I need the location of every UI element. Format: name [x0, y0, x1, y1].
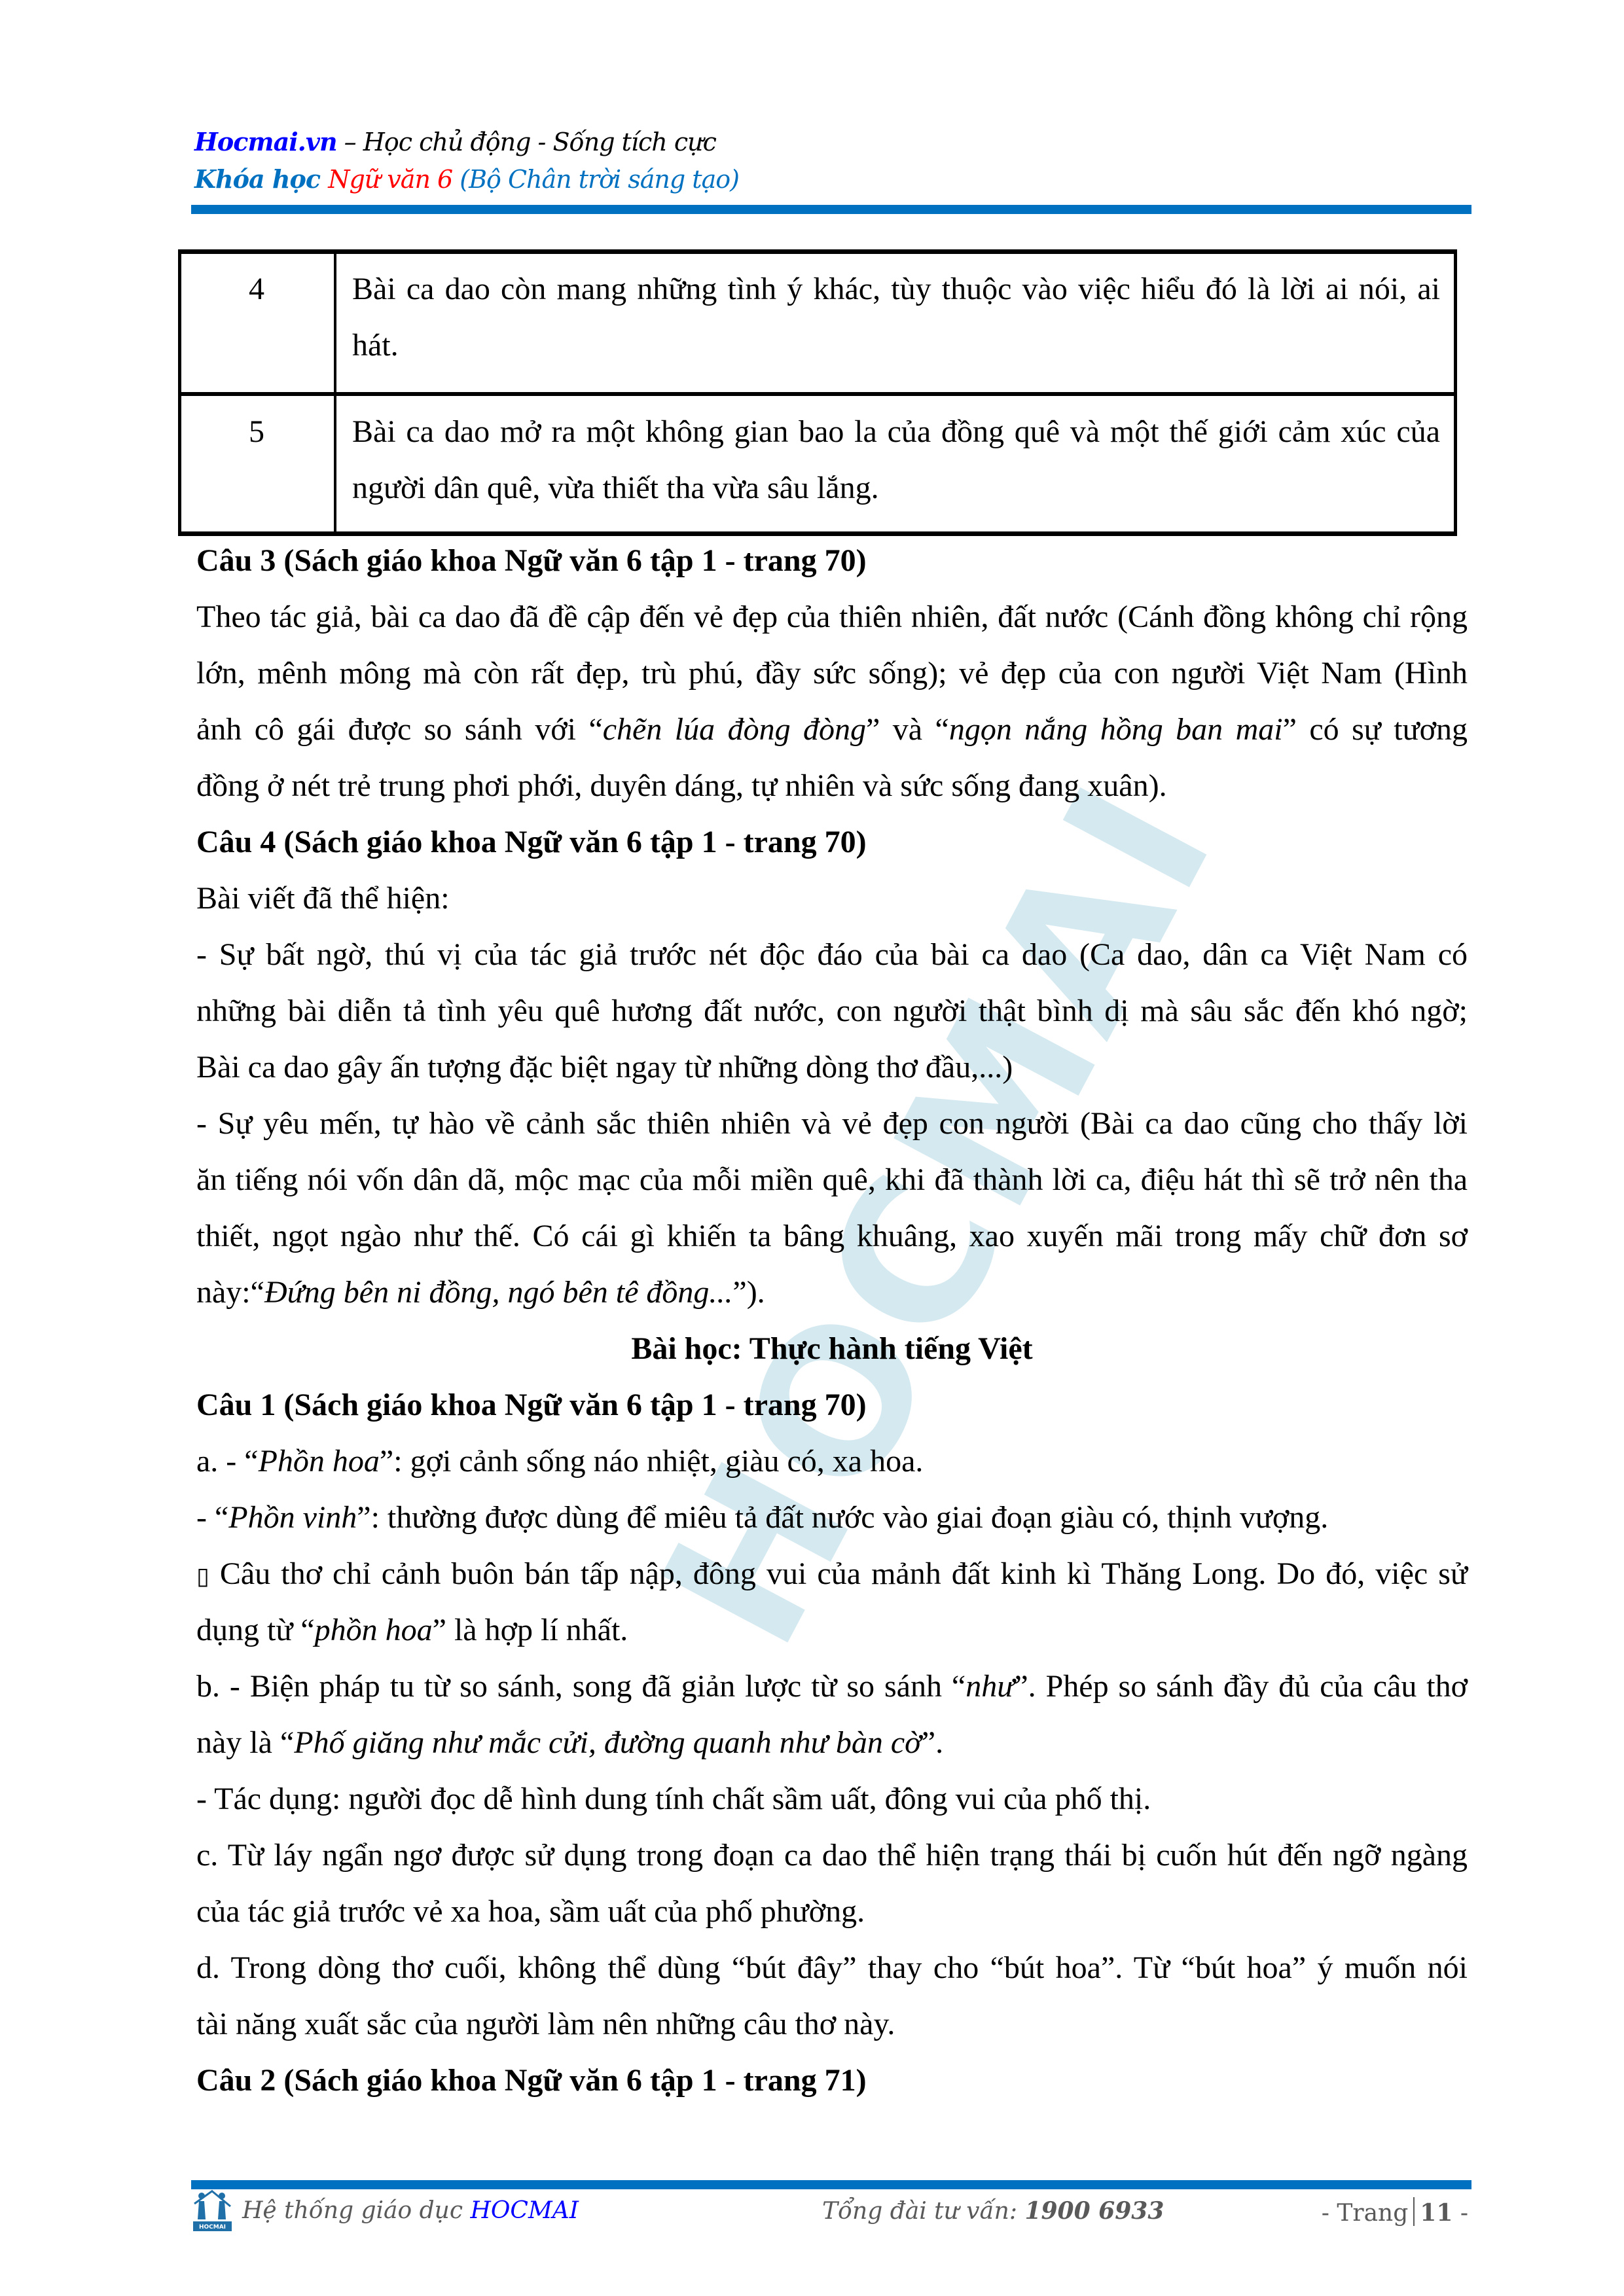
header-line-2: Khóa học Ngữ văn 6 (Bộ Chân trời sáng tạ… [194, 167, 739, 192]
arrow-symbol-icon: ▯ [196, 1563, 209, 1590]
brand-link[interactable]: Hocmai.vn [194, 127, 337, 156]
question-2-heading: Câu 2 (Sách giáo khoa Ngữ văn 6 tập 1 - … [196, 2065, 1468, 2096]
quote-italic: chẽn lúa đòng đòng [603, 712, 866, 747]
text: - “ [196, 1500, 228, 1535]
quote-italic: phồn hoa [315, 1613, 433, 1647]
text: ”). [732, 1275, 765, 1310]
paragraph-line: d. Trong dòng thơ cuối, không thể dùng “… [196, 1952, 1468, 1984]
text: ”: thường được dùng để miêu tả đất nước … [357, 1500, 1328, 1535]
footer-brand-link[interactable]: HOCMAI [470, 2197, 579, 2224]
row-text-line: người dân quê, vừa thiết tha vừa sâu lắn… [352, 473, 879, 504]
paragraph-line: Bài viết đã thể hiện: [196, 883, 1468, 914]
quote-italic: Phố giăng như mắc cửi, đường quanh như b… [294, 1725, 922, 1760]
paragraph-line: a. - “Phồn hoa”: gợi cảnh sống náo nhiệt… [196, 1446, 1468, 1477]
text: ”: gợi cảnh sống náo nhiệt, giàu có, xa … [380, 1444, 923, 1479]
row-number: 4 [178, 274, 335, 305]
page-separator [1413, 2197, 1415, 2226]
hotline-label: Tổng đài tư vấn: [822, 2198, 1024, 2225]
paragraph-line: những bài diễn tả tình yêu quê hương đất… [196, 996, 1468, 1027]
paragraph-line: này:“Đứng bên ni đồng, ngó bên tê đồng..… [196, 1277, 1468, 1308]
table-border-bottom [178, 531, 1457, 536]
text: này là “ [196, 1725, 294, 1760]
text: ”. Phép so sánh đầy đủ của câu thơ [1014, 1669, 1468, 1704]
hocmai-logo-icon: HOCMAI [193, 2189, 232, 2231]
page-number: - Trang11 - [1322, 2197, 1468, 2226]
quote-italic: Phồn vinh [228, 1500, 357, 1535]
lesson-title: Bài học: Thực hành tiếng Việt [196, 1333, 1468, 1365]
paragraph-line: - Sự yêu mến, tự hào về cảnh sắc thiên n… [196, 1108, 1468, 1139]
header-line-1: Hocmai.vn – Học chủ động - Sống tích cực [194, 130, 716, 154]
paragraph-line: lớn, mênh mông mà còn rất đẹp, trù phú, … [196, 658, 1468, 689]
footer-system: Hệ thống giáo dục HOCMAI [242, 2199, 579, 2223]
paragraph-line: c. Từ láy ngẩn ngơ được sử dụng trong đo… [196, 1840, 1468, 1871]
paragraph-line: ăn tiếng nói vốn dân dã, mộc mạc của mỗi… [196, 1164, 1468, 1196]
row-number: 5 [178, 416, 335, 448]
text: dụng từ “ [196, 1613, 315, 1647]
text: ảnh cô gái được so sánh với “ [196, 712, 603, 747]
text: b. - Biện pháp tu từ so sánh, song đã gi… [196, 1669, 965, 1704]
paragraph-line: - Tác dụng: người đọc dễ hình dung tính … [196, 1784, 1468, 1815]
text: ” là hợp lí nhất. [433, 1613, 628, 1647]
text: ” có sự tương [1283, 712, 1468, 747]
quote-italic: Đứng bên ni đồng, ngó bên tê đồng... [264, 1275, 732, 1310]
paragraph-line: tài năng xuất sắc của người làm nên nhữn… [196, 2009, 1468, 2040]
page-number-value: 11 [1420, 2199, 1453, 2227]
paragraph-line: ảnh cô gái được so sánh với “chẽn lúa đò… [196, 714, 1468, 745]
text: ” và “ [866, 712, 949, 747]
svg-text:HOCMAI: HOCMAI [199, 2224, 226, 2231]
quote-italic: Phồn hoa [259, 1444, 380, 1479]
paragraph-line: Bài ca dao gây ấn tượng đặc biệt ngay từ… [196, 1052, 1468, 1083]
text: Câu thơ chỉ cảnh buôn bán tấp nập, đông … [209, 1556, 1468, 1591]
header-divider [191, 205, 1471, 214]
course-subject: Ngữ văn 6 [328, 165, 452, 194]
course-label: Khóa học [194, 164, 328, 194]
hotline-number[interactable]: 1900 6933 [1024, 2197, 1164, 2225]
paragraph-line: đồng ở nét trẻ trung phơi phới, duyên dá… [196, 770, 1468, 802]
question-4-heading: Câu 4 (Sách giáo khoa Ngữ văn 6 tập 1 - … [196, 827, 1468, 858]
text: a. - “ [196, 1444, 259, 1479]
table-row-divider [178, 392, 1457, 396]
text: này:“ [196, 1275, 264, 1310]
question-1-heading: Câu 1 (Sách giáo khoa Ngữ văn 6 tập 1 - … [196, 1390, 1468, 1421]
footer-divider [191, 2180, 1471, 2189]
text: ”. [922, 1725, 943, 1760]
quote-italic: như [965, 1669, 1014, 1704]
paragraph-line: này là “Phố giăng như mắc cửi, đường qua… [196, 1727, 1468, 1759]
paragraph-line: của tác giả trước vẻ xa hoa, sầm uất của… [196, 1896, 1468, 1928]
footer-system-label: Hệ thống giáo dục [242, 2197, 470, 2224]
paragraph-line: - Sự bất ngờ, thú vị của tác giả trước n… [196, 939, 1468, 971]
row-text-line: hát. [352, 330, 399, 361]
paragraph-line: b. - Biện pháp tu từ so sánh, song đã gi… [196, 1671, 1468, 1702]
course-series: (Bộ Chân trời sáng tạo) [452, 165, 739, 194]
table-border-right [1454, 249, 1457, 536]
page-prefix: - Trang [1322, 2200, 1409, 2227]
slogan: – Học chủ động - Sống tích cực [337, 128, 716, 156]
answer-table: 4 Bài ca dao còn mang những tình ý khác,… [178, 249, 1457, 535]
paragraph-line: Theo tác giả, bài ca dao đã đề cập đến v… [196, 601, 1468, 633]
row-text-line: Bài ca dao mở ra một không gian bao la c… [352, 416, 1440, 448]
question-3-heading: Câu 3 (Sách giáo khoa Ngữ văn 6 tập 1 - … [196, 545, 1468, 577]
paragraph-line: dụng từ “phồn hoa” là hợp lí nhất. [196, 1615, 1468, 1646]
page-suffix: - [1453, 2200, 1468, 2227]
table-border-top [178, 249, 1457, 254]
paragraph-line: ▯ Câu thơ chỉ cảnh buôn bán tấp nập, đôn… [196, 1558, 1468, 1590]
paragraph-line: thiết, ngọt ngào như thế. Có cái gì khiế… [196, 1221, 1468, 1252]
paragraph-line: - “Phồn vinh”: thường được dùng để miêu … [196, 1502, 1468, 1534]
quote-italic: ngọn nắng hồng ban mai [949, 712, 1283, 747]
footer-hotline: Tổng đài tư vấn: 1900 6933 [822, 2199, 1164, 2223]
row-text-line: Bài ca dao còn mang những tình ý khác, t… [352, 274, 1440, 305]
